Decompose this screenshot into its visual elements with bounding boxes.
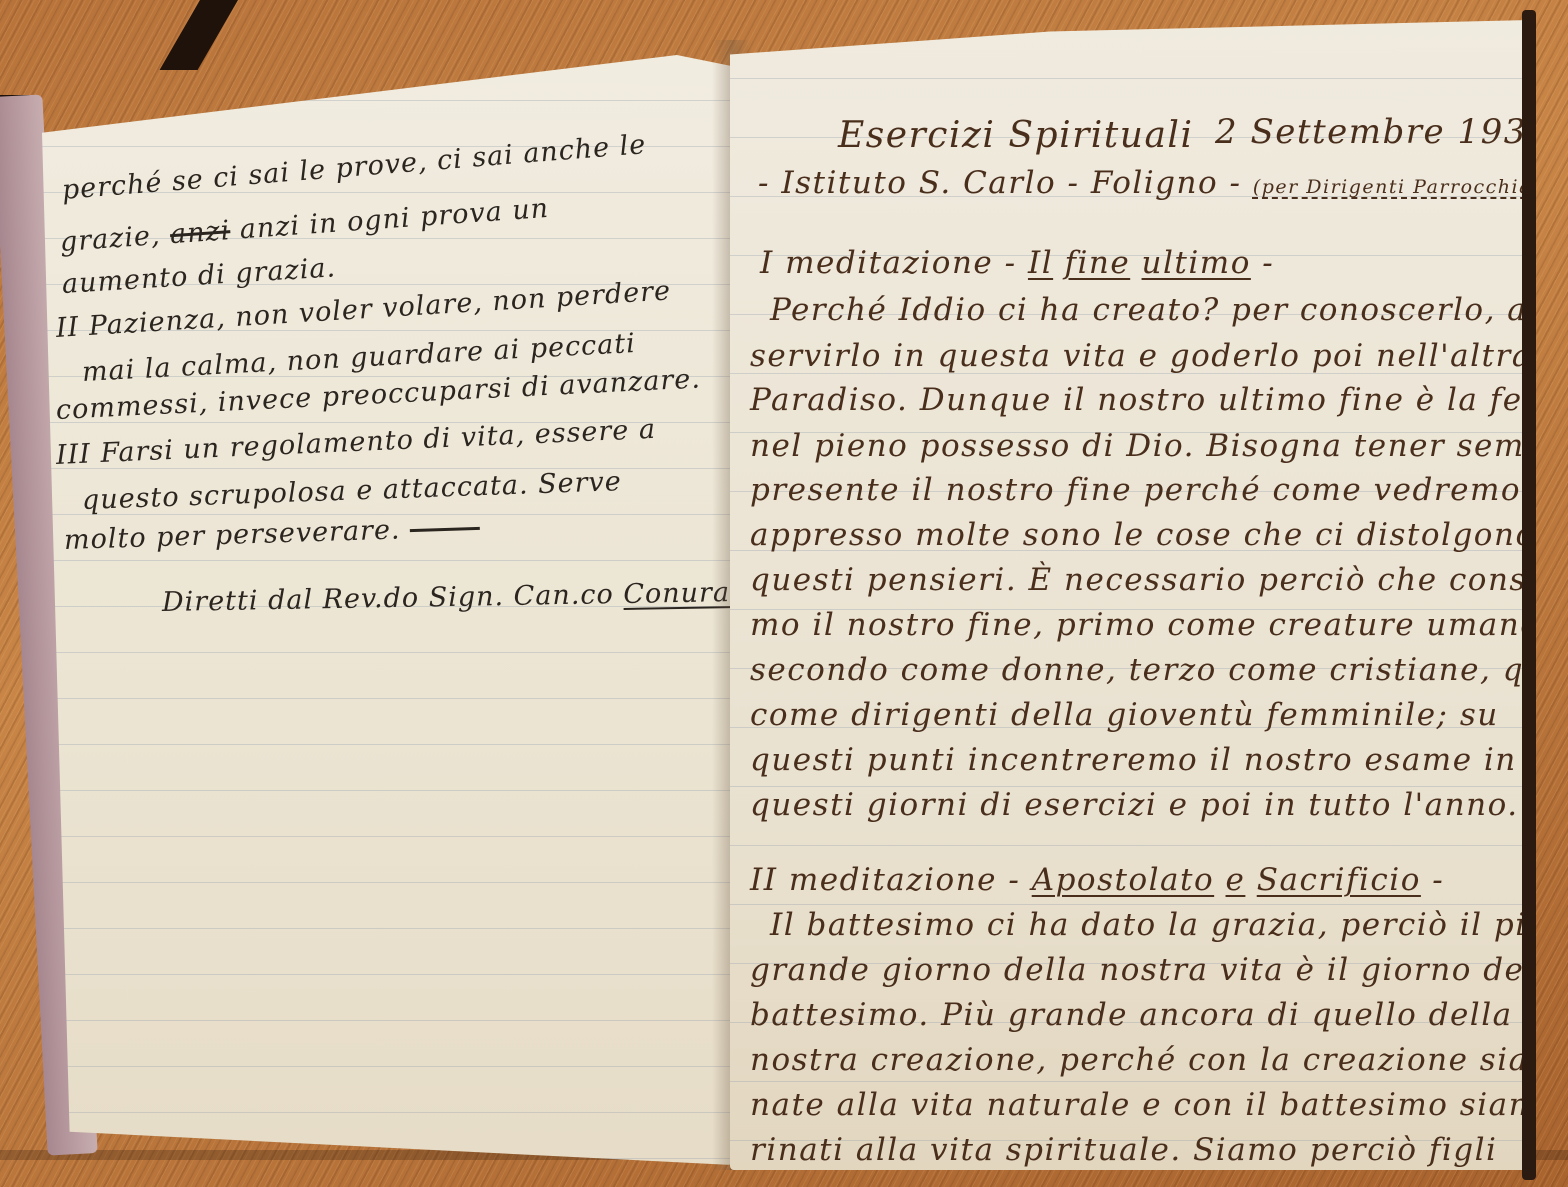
notebook-right-page: Esercizi Spirituali 2 Settembre 1934 - I… (730, 20, 1530, 1170)
section-heading: II meditazione - Apostolato e Sacrificio… (750, 862, 1444, 898)
text-line: battesimo. Più grande ancora di quello d… (750, 997, 1513, 1033)
end-dash (410, 527, 480, 532)
notebook-cover-edge-right (1522, 10, 1536, 1180)
text-line: perché se ci sai le prove, ci sai anche … (61, 129, 648, 206)
text-line: servirlo in questa vita e goderlo poi ne… (750, 338, 1568, 374)
page-date: 2 Settembre 1934 (1215, 112, 1550, 152)
section-heading: I meditazione - Il fine ultimo - (760, 245, 1274, 281)
page-location: - Istituto S. Carlo - Foligno - (per Dir… (758, 165, 1556, 201)
text-line: aumento di grazia. (61, 252, 337, 300)
text-line: Perché Iddio ci ha creato? per conoscerl… (770, 292, 1568, 328)
signature-line: Diretti dal Rev.do Sign. Can.co Conura (162, 577, 731, 618)
text-line: questo scrupolosa e attaccata. Serve (81, 466, 622, 516)
text-line: Il battesimo ci ha dato la grazia, perci… (770, 907, 1548, 943)
text-line: secondo come donne, terzo come cristiane… (750, 652, 1568, 688)
text-line: nate alla vita naturale e con il battesi… (750, 1087, 1560, 1123)
text-line: grazie, anzi anzi in ogni prova un (59, 193, 550, 258)
text-line: questi punti incentreremo il nostro esam… (750, 742, 1517, 778)
text-line: appresso molte sono le cose che ci disto… (750, 517, 1568, 553)
text-line: Paradiso. Dunque il nostro ultimo fine è… (750, 382, 1568, 418)
notebook-left-page: perché se ci sai le prove, ci sai anche … (42, 55, 732, 1165)
text-line: mo il nostro fine, primo come creature u… (750, 607, 1551, 643)
struck-word: anzi (169, 215, 231, 250)
page-title: Esercizi Spirituali (838, 115, 1193, 156)
text-line: molto per perseverare. (64, 512, 481, 556)
text-line: presente il nostro fine perché come vedr… (750, 472, 1565, 508)
text-line: grande giorno della nostra vita è il gio… (750, 952, 1536, 988)
text-line: III Farsi un regolamento di vita, essere… (55, 414, 656, 471)
text-line: questi pensieri. È necessario perciò che… (750, 562, 1568, 598)
text-line: come dirigenti della gioventù femminile;… (750, 697, 1499, 733)
text-line: rinati alla vita spirituale. Siamo perci… (750, 1132, 1497, 1168)
text-line: questi giorni di esercizi e poi in tutto… (750, 787, 1519, 823)
text-line: nel pieno possesso di Dio. Bisogna tener… (750, 428, 1568, 464)
table-slat-gap (160, 0, 238, 70)
text-line: nostra creazione, perché con la creazion… (750, 1042, 1568, 1078)
